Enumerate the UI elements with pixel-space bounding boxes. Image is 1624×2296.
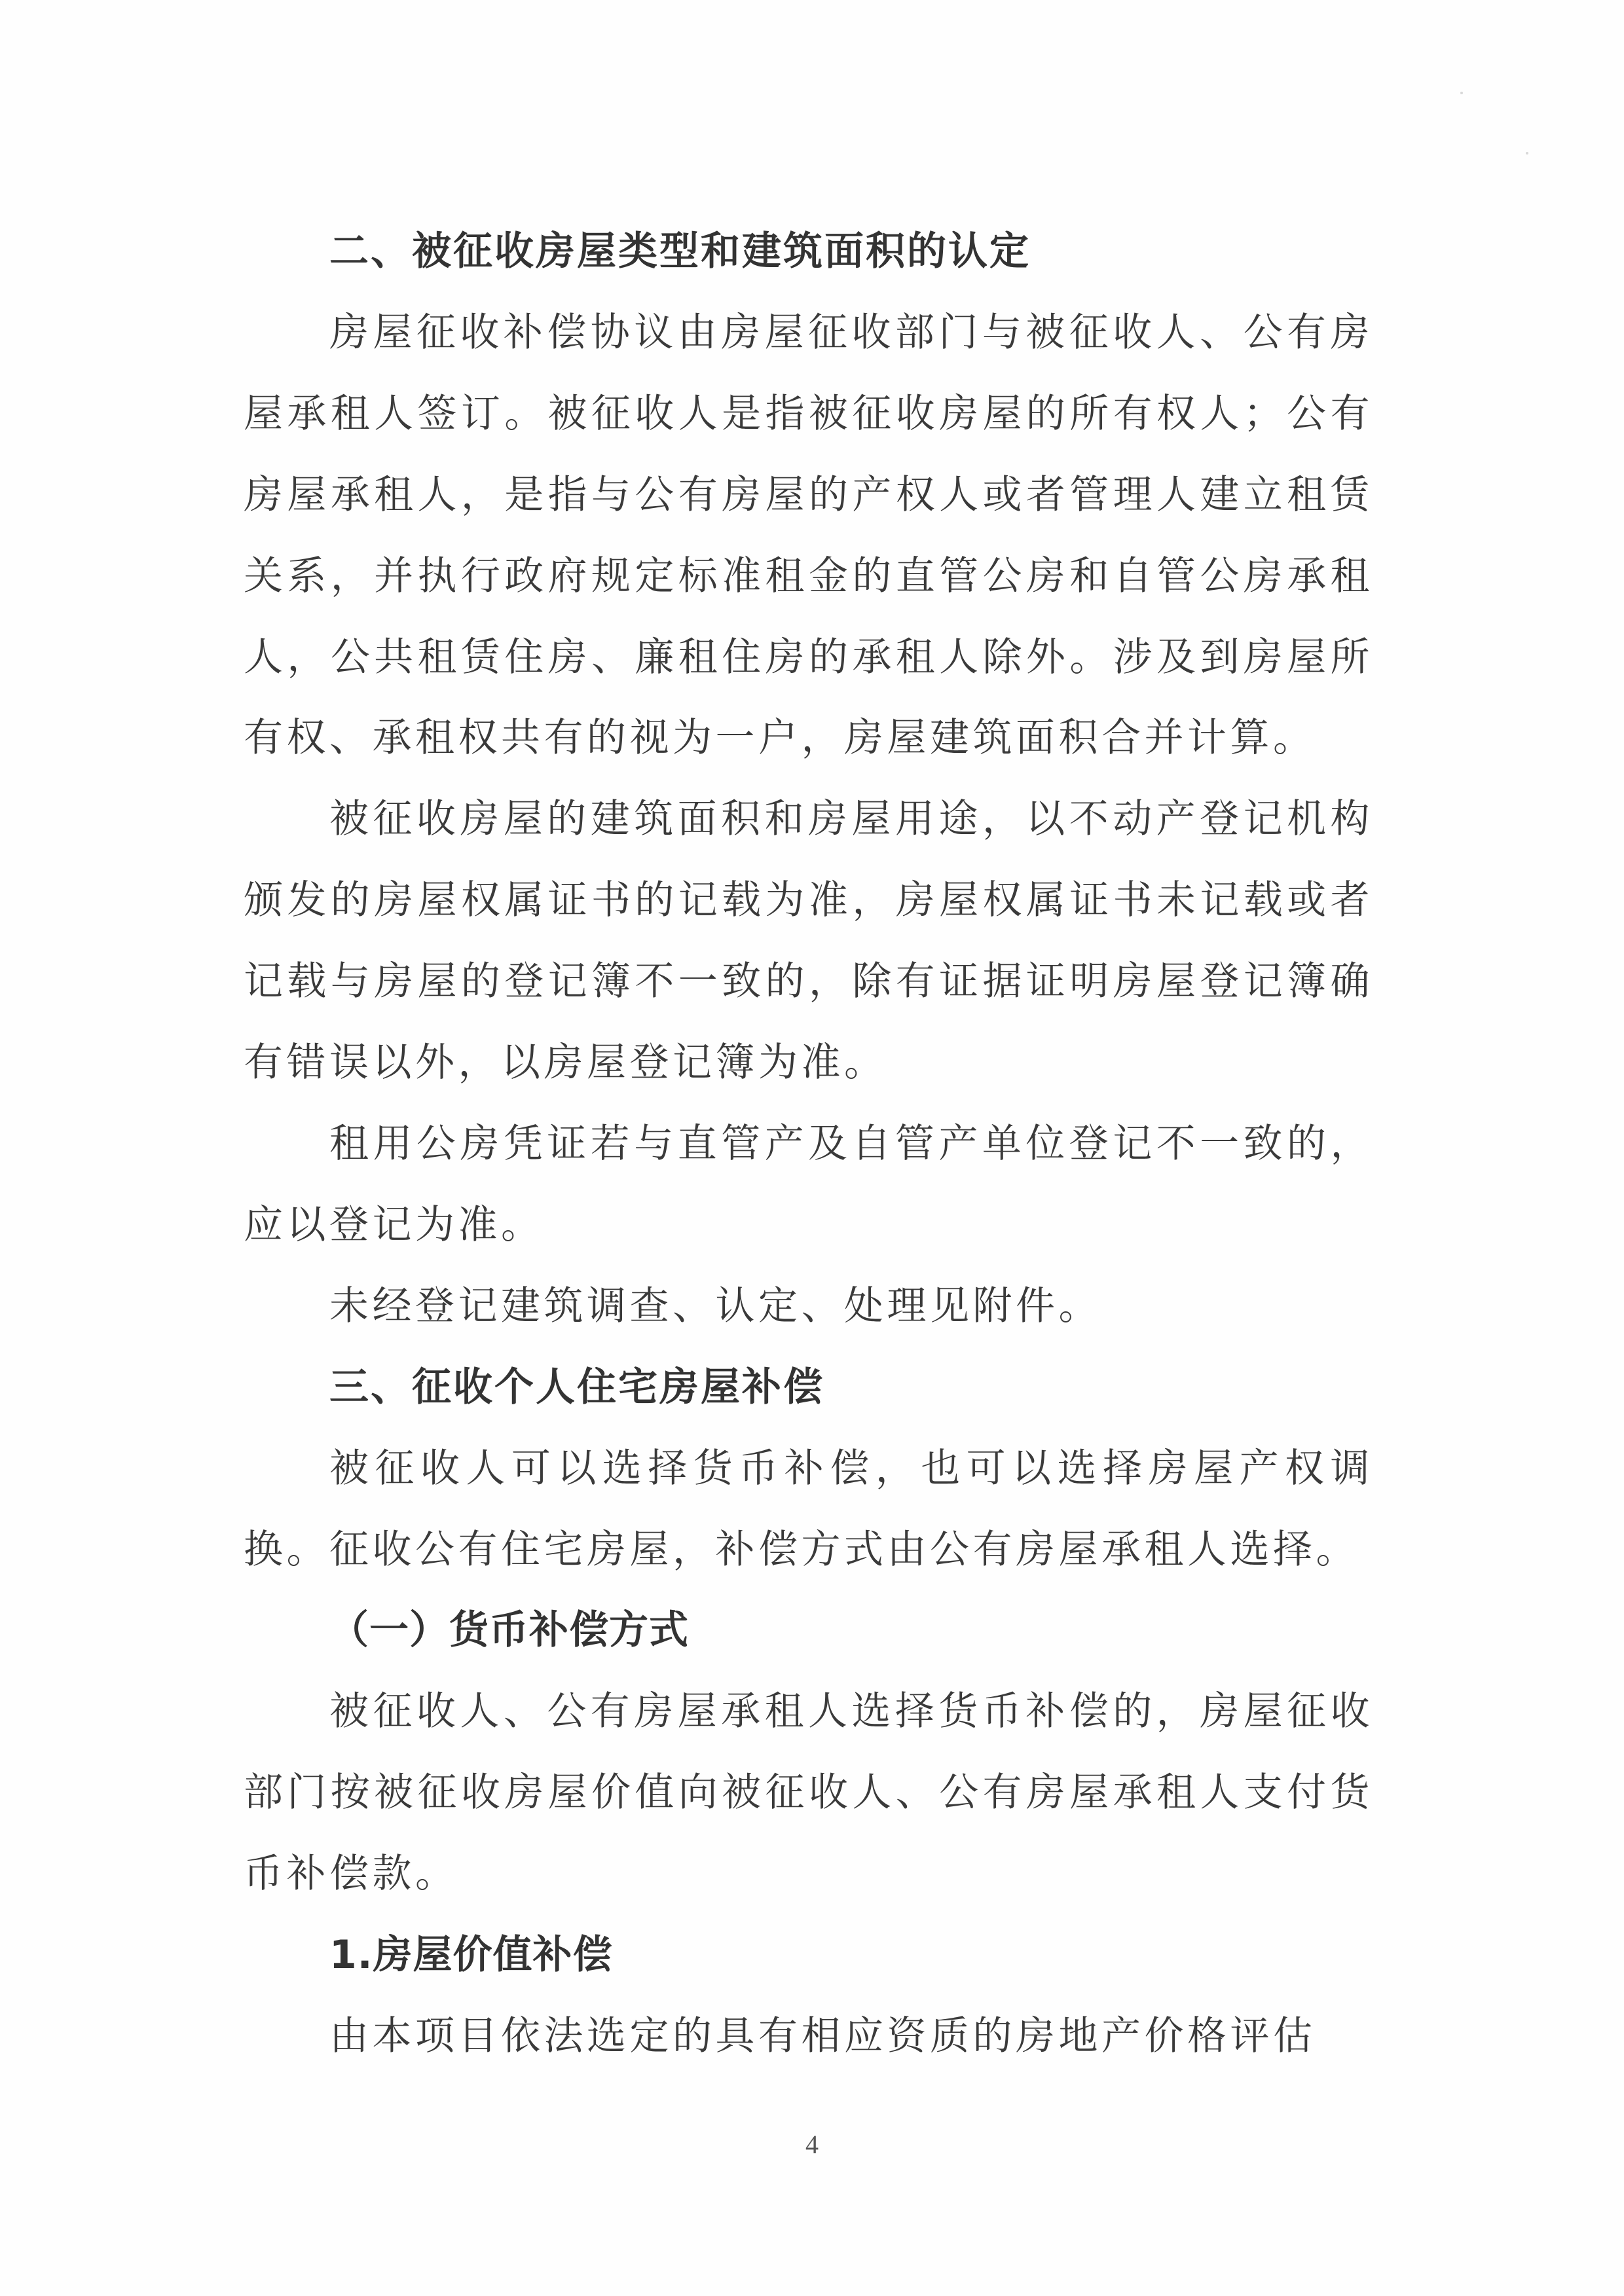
page-number: 4 (0, 2129, 1624, 2160)
paragraph-valuation-agency: 由本项目依法选定的具有相应资质的房地产价格评估 (244, 1996, 1373, 2077)
scan-speck (1526, 152, 1528, 155)
paragraph-monetary-payment: 被征收人、公有房屋承租人选择货币补偿的，房屋征收部门按被征收房屋价值向被征收人、… (244, 1671, 1373, 1915)
scan-speck (1460, 92, 1463, 94)
subsection-heading-monetary-compensation: （一）货币补偿方式 (244, 1590, 1373, 1671)
paragraph-area-determination: 被征收房屋的建筑面积和房屋用途，以不动产登记机构颁发的房屋权属证书的记载为准，房… (244, 779, 1373, 1104)
document-body: 二、被征收房屋类型和建筑面积的认定 房屋征收补偿协议由房屋征收部门与被征收人、公… (244, 211, 1373, 2077)
item-heading-house-value: 1.房屋价值补偿 (244, 1915, 1373, 1996)
paragraph-public-housing-certificate: 租用公房凭证若与直管产及自管产单位登记不一致的，应以登记为准。 (244, 1104, 1373, 1266)
paragraph-compensation-choice: 被征收人可以选择货币补偿，也可以选择房屋产权调换。征收公有住宅房屋，补偿方式由公… (244, 1429, 1373, 1591)
paragraph-agreement-parties: 房屋征收补偿协议由房屋征收部门与被征收人、公有房屋承租人签订。被征收人是指被征收… (244, 293, 1373, 779)
section-heading-residential-compensation: 三、征收个人住宅房屋补偿 (244, 1347, 1373, 1429)
paragraph-unregistered-buildings: 未经登记建筑调查、认定、处理见附件。 (244, 1266, 1373, 1347)
document-page: 二、被征收房屋类型和建筑面积的认定 房屋征收补偿协议由房屋征收部门与被征收人、公… (0, 0, 1624, 2296)
section-heading-building-area: 二、被征收房屋类型和建筑面积的认定 (244, 211, 1373, 293)
